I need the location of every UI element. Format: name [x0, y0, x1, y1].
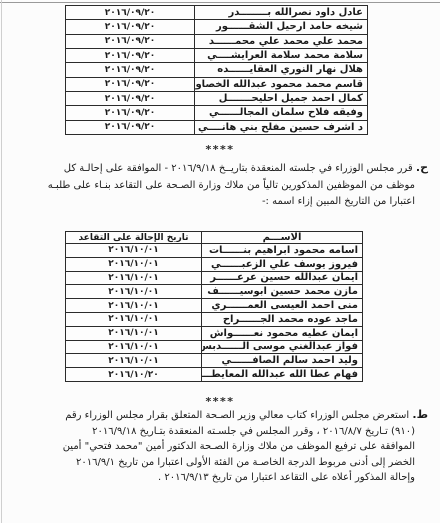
retiree-name-cell: منى احمد العيسى العمــــــري	[202, 299, 363, 313]
retirement-date-cell: ٢٠١٦/٠٩/٢٠	[66, 48, 195, 62]
retirement-date-cell: ٢٠١٦/٠٩/٢٠	[66, 106, 195, 120]
decision-paragraph-h: ح. قرر مجلس الوزراء في جلسته المنعقدة بت…	[30, 160, 428, 211]
paragraph-line: الخضر إلى أدنى مربوط الدرجة الخاصـة من ا…	[30, 455, 415, 471]
retiree-name-cell: سلامة محمد سلامة العرايشــــي	[195, 48, 368, 62]
table-row: ٢٠١٦/٠٩/٢٠ د اشرف حسين مفلح بني هانــــي	[66, 120, 368, 134]
retirement-date-cell: ٢٠١٦/١٠/٠١	[66, 244, 202, 258]
name-column-header: الاســـم	[202, 232, 363, 244]
table-row: ٢٠١٦/١٠/٠١ اسامه محمود ابراهيم بنــــــا…	[66, 244, 363, 258]
retirement-date-cell: ٢٠١٦/٠٩/٢٠	[66, 77, 195, 91]
retiree-name-cell: وليد احمد سالم الصافــــــي	[202, 354, 363, 368]
retiree-name-cell: مازن محمد حسين ابوسيــــــف	[202, 285, 363, 299]
table-row: ٢٠١٦/١٠/٠١ ماجد عوده محمد الجــــــراح	[66, 312, 363, 326]
paragraph-line: الموافقة على ترفيع الموظف من ملاك وزارة …	[30, 439, 415, 455]
date-column-header: تاريخ الإحالة على التقاعد	[66, 232, 202, 244]
paragraph-text: استعرض مجلس الوزراء كتاب معالي وزير الصـ…	[65, 410, 409, 421]
retiree-name-cell: فيروز يوسف علي الزعبــــــي	[202, 257, 363, 271]
table-row: ٢٠١٦/٠٩/٢٠ قاسم محمد محمود عبدالله الخصا…	[66, 77, 368, 91]
retiree-name-cell: ايمان عبدالله حسين عرعــــــر	[202, 271, 363, 285]
retiree-name-cell: فواز عبدالغني موسى الــــــدبس	[202, 340, 363, 354]
retirement-date-cell: ٢٠١٦/٠٩/٢٠	[66, 34, 195, 48]
table-row: ٢٠١٦/٠٩/٢٠ محمد علي محمد علي محمــــــد	[66, 34, 368, 48]
retiree-name-cell: وفيقه فلاح سلمان المجالــــــي	[195, 106, 368, 120]
table-row: ٢٠١٦/١٠/٠١ وليد احمد سالم الصافــــــي	[66, 354, 363, 368]
page-left-rule	[1, 0, 2, 523]
table-row: ٢٠١٦/٠٩/٢٠ شيخه حامد ارحيل الشقــــــور	[66, 20, 368, 34]
retiree-name-cell: قاسم محمد محمود عبدالله الخصاونــه	[195, 77, 368, 91]
paragraph-line: ح. قرر مجلس الوزراء في جلسته المنعقدة بت…	[30, 160, 428, 178]
table-row: ٢٠١٦/٠٩/٢٠ هلال نهار النوري العقايــــــ…	[66, 63, 368, 77]
retiree-name-cell: شيخه حامد ارحيل الشقــــــور	[195, 20, 368, 34]
paragraph-line: (٩١٠) تـاريخ ٢٠١٦/٨/٧ ، وقرر المجلس في ج…	[30, 424, 415, 440]
retiree-name-cell: عادل داود نصرالله بــــــــدر	[195, 6, 368, 20]
retirement-date-cell: ٢٠١٦/١٠/٠١	[66, 340, 202, 354]
paragraph-marker: ح.	[416, 161, 428, 174]
table-row: ٢٠١٦/٠٩/٢٠ وفيقه فلاح سلمان المجالــــــ…	[66, 106, 368, 120]
retiree-name-cell: ماجد عوده محمد الجــــــراح	[202, 312, 363, 326]
retirement-date-cell: ٢٠١٦/١٠/٠١	[66, 271, 202, 285]
retiree-name-cell: اسامه محمود ابراهيم بنــــــات	[202, 244, 363, 258]
table-row: ٢٠١٦/١٠/٠١ فواز عبدالغني موسى الــــــدب…	[66, 340, 363, 354]
retirement-date-cell: ٢٠١٦/١٠/٢٠	[66, 368, 202, 382]
retirement-date-cell: ٢٠١٦/١٠/٠١	[66, 299, 202, 313]
retiree-name-cell: ايمان عطيه محمود نعــــــواش	[202, 326, 363, 340]
retirement-date-cell: ٢٠١٦/٠٩/٢٠	[66, 91, 195, 105]
table-row: ٢٠١٦/١٠/٠١ منى احمد العيسى العمــــــري	[66, 299, 363, 313]
table-row: ٢٠١٦/١٠/٠١ ايمان عبدالله حسين عرعــــــر	[66, 271, 363, 285]
table-row: ٢٠١٦/٠٩/٢٠ كمال احمد جميل احليحـــــــل	[66, 91, 368, 105]
table-row: ٢٠١٦/١٠/٠١ ايمان عطيه محمود نعــــــواش	[66, 326, 363, 340]
table-row: ٢٠١٦/١٠/٢٠ فهام عطا الله عبدالله المعايط…	[66, 368, 363, 382]
table-row: ٢٠١٦/٠٩/٢٠ سلامة محمد سلامة العرايشــــي	[66, 48, 368, 62]
retiree-name-cell: فهام عطا الله عبدالله المعايطـــــه	[202, 368, 363, 382]
table-row: ٢٠١٦/٠٩/٢٠ عادل داود نصرالله بــــــــدر	[66, 6, 368, 20]
retiree-name-cell: محمد علي محمد علي محمــــــد	[195, 34, 368, 48]
retirement-date-cell: ٢٠١٦/٠٩/٢٠	[66, 63, 195, 77]
retirement-date-cell: ٢٠١٦/١٠/٠١	[66, 257, 202, 271]
retirement-date-cell: ٢٠١٦/١٠/٠١	[66, 285, 202, 299]
retirement-date-cell: ٢٠١٦/١٠/٠١	[66, 326, 202, 340]
retirement-date-cell: ٢٠١٦/٠٩/٢٠	[66, 20, 195, 34]
table-row: ٢٠١٦/١٠/٠١ مازن محمد حسين ابوسيــــــف	[66, 285, 363, 299]
asterisk-separator: ****	[0, 143, 440, 156]
paragraph-line: وإحالة المذكور أعلاه على التقاعد اعتبارا…	[30, 470, 415, 486]
retirement-date-cell: ٢٠١٦/٠٩/٢٠	[66, 6, 195, 20]
retiree-name-cell: د اشرف حسين مفلح بني هانــــي	[195, 120, 368, 134]
table-header-row: تاريخ الإحالة على التقاعد الاســـم	[66, 232, 363, 244]
retiree-name-cell: كمال احمد جميل احليحـــــــل	[195, 91, 368, 105]
retiree-name-cell: هلال نهار النوري العقايــــــده	[195, 63, 368, 77]
paragraph-line: ط. استعرض مجلس الوزراء كتاب معالي وزير ا…	[30, 407, 428, 424]
paragraph-marker: ط.	[412, 408, 428, 421]
october-retirees-table: تاريخ الإحالة على التقاعد الاســـم ٢٠١٦/…	[65, 231, 363, 382]
paragraph-text: قرر مجلس الوزراء في جلسته المنعقدة بتاري…	[64, 163, 413, 174]
retirement-date-cell: ٢٠١٦/١٠/٠١	[66, 354, 202, 368]
scanned-document-page: ٢٠١٦/٠٩/٢٠ عادل داود نصرالله بــــــــدر…	[0, 0, 440, 523]
september-retirees-table: ٢٠١٦/٠٩/٢٠ عادل داود نصرالله بــــــــدر…	[65, 5, 368, 135]
decision-paragraph-t: ط. استعرض مجلس الوزراء كتاب معالي وزير ا…	[30, 407, 428, 486]
retirement-date-cell: ٢٠١٦/٠٩/٢٠	[66, 120, 195, 134]
page-top-rule	[0, 2, 440, 3]
paragraph-line: اعتبارا من التاريخ المبين إزاء اسمه :-	[30, 194, 415, 211]
paragraph-line: موظف من الموظفين المذكورين تالياً من ملا…	[30, 178, 415, 195]
retirement-date-cell: ٢٠١٦/١٠/٠١	[66, 312, 202, 326]
table-row: ٢٠١٦/١٠/٠١ فيروز يوسف علي الزعبــــــي	[66, 257, 363, 271]
